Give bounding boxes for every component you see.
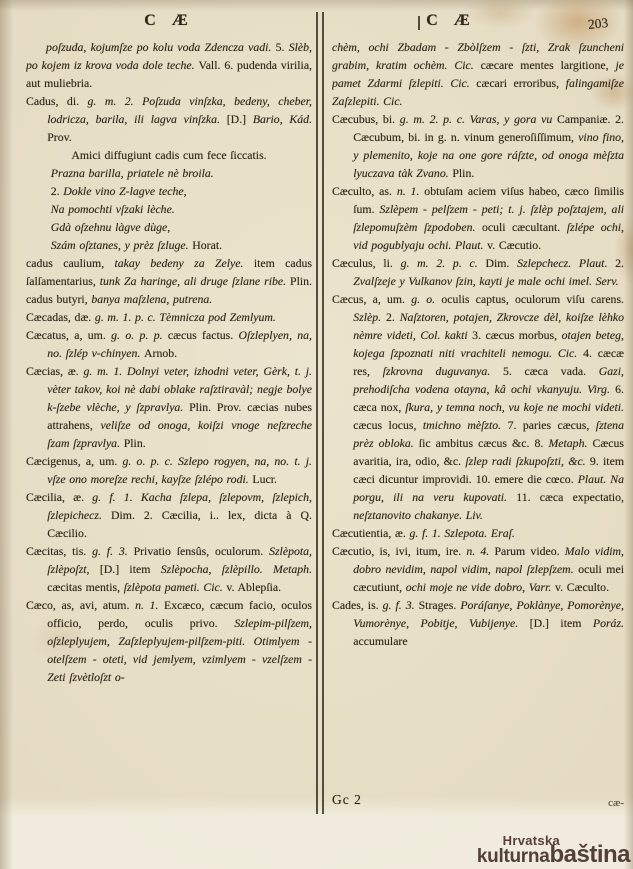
latin-text-roman: 5. bbox=[276, 40, 289, 54]
text-paragraph: Amici diffugiunt cadis cum fece ſiccatis… bbox=[26, 146, 312, 164]
gloss-text-italic: g. o. bbox=[411, 292, 441, 306]
latin-text-roman: 11. cæca expectatio, bbox=[516, 490, 624, 504]
latin-text-roman: Lucr. bbox=[252, 472, 277, 486]
gloss-text-italic: Prazna barilla, priatele nè broila. bbox=[51, 166, 214, 180]
latin-text-roman: Horat. bbox=[192, 238, 222, 252]
dictionary-entry: Cæculus, li. g. m. 2. p. c. Dim. Szlepch… bbox=[332, 254, 624, 290]
gloss-text-italic: g. m. 1. p. c. Tèmnicza pod Zemlyum. bbox=[95, 310, 276, 324]
gloss-text-italic: takay bedeny za Zelye. bbox=[115, 256, 254, 270]
gloss-text-italic: ſkura, y temna noch, vu koje ne mochi vi… bbox=[405, 400, 624, 414]
latin-text-roman: 2. bbox=[386, 310, 400, 324]
gloss-text-italic: tmichno mèſzto. bbox=[423, 418, 508, 432]
gloss-text-italic: ſzlep radi ſzkupoſzti, &c. bbox=[465, 454, 590, 468]
latin-text-roman: cæcare mentes largitione, bbox=[481, 58, 616, 72]
latin-text-roman: Cæcilia, æ. bbox=[26, 490, 92, 504]
text-paragraph: chèm, ochi Zbadam - Zbòlſzem - ſzti, Zra… bbox=[332, 38, 624, 110]
latin-text-roman: Prov. bbox=[47, 130, 71, 144]
gloss-text-italic: g. f. 3. bbox=[92, 544, 133, 558]
latin-text-roman: cæcari erroribus, bbox=[476, 76, 565, 90]
library-watermark: Hrvatska kulturnabaština bbox=[477, 834, 630, 867]
watermark-line2: kulturnabaština bbox=[477, 849, 630, 866]
gloss-text-italic: Poráz. bbox=[593, 616, 624, 630]
dictionary-entry: Cæcilia, æ. g. f. 1. Kacha ſzlepa, ſzlep… bbox=[26, 488, 312, 542]
footer-line: Gc 2 cæ- bbox=[332, 792, 624, 809]
latin-text-roman: Cæcadas, dæ. bbox=[26, 310, 95, 324]
latin-text-roman: 5. cæca vada. bbox=[503, 364, 599, 378]
latin-text-roman: 2. bbox=[615, 256, 624, 270]
latin-text-roman: Amici diffugiunt cadis cum fece ſiccatis… bbox=[71, 148, 266, 162]
dictionary-entry: Cæcigenus, a, um. g. o. p. c. Szlepo rog… bbox=[26, 452, 312, 488]
gathering-signature: Gc 2 bbox=[332, 792, 362, 808]
latin-text-roman: v. Cæculto. bbox=[555, 580, 609, 594]
gloss-text-italic: g. f. 1. Szlepota. Eraſ. bbox=[409, 526, 514, 540]
latin-text-roman: Arnob. bbox=[144, 346, 177, 360]
latin-text-roman: Cades, is. bbox=[332, 598, 383, 612]
gloss-text-italic: poſzuda, kojumſze po kolu voda Zdencza v… bbox=[46, 40, 276, 54]
latin-text-roman: Cæcus, a, um. bbox=[332, 292, 411, 306]
gloss-text-italic: ſzlèpota pameti. Cic. bbox=[124, 580, 227, 594]
latin-text-roman: Cæco, as, avi, atum. bbox=[26, 598, 135, 612]
gloss-text-italic: g. m. 2. p. c. bbox=[401, 256, 486, 270]
watermark-line2-bold: baština bbox=[549, 841, 630, 868]
gloss-text-italic: n. 1. bbox=[397, 184, 424, 198]
latin-text-roman: Plin. bbox=[124, 436, 146, 450]
dictionary-entry: Cæcutientia, æ. g. f. 1. Szlepota. Eraſ. bbox=[332, 524, 624, 542]
dictionary-entry: Cæcubus, bi. g. m. 2. p. c. Varas, y gor… bbox=[332, 110, 624, 182]
catchword: cæ- bbox=[608, 797, 624, 809]
latin-text-roman: v. Cæcutio. bbox=[487, 238, 541, 252]
latin-text-roman: ſic ambitus cæcus &c. 8. bbox=[419, 436, 549, 450]
latin-text-roman: cæcus factus. bbox=[168, 328, 239, 342]
gloss-text-italic: Bario, Kád. bbox=[253, 112, 312, 126]
latin-text-roman: oculi cæcultant. bbox=[482, 220, 567, 234]
gloss-text-italic: banya maſzlena, putrena. bbox=[91, 292, 212, 306]
latin-text-roman: Dim. bbox=[485, 256, 517, 270]
dictionary-entry: Cæcadas, dæ. g. m. 1. p. c. Tèmnicza pod… bbox=[26, 308, 312, 326]
latin-text-roman: 3. cæcus morbus, bbox=[472, 328, 561, 342]
page-number: 203 bbox=[587, 15, 609, 33]
gloss-text-italic: Metaph. bbox=[548, 436, 592, 450]
latin-text-roman: Cæculus, li. bbox=[332, 256, 401, 270]
latin-text-roman: Cæcatus, a, um. bbox=[26, 328, 111, 342]
dictionary-entry: Cæcus, a, um. g. o. oculis captus, oculo… bbox=[332, 290, 624, 524]
latin-text-roman: Plin. bbox=[452, 166, 474, 180]
gloss-text-italic: Gdà oſzehnu làgve dùge, bbox=[51, 220, 170, 234]
gloss-text-italic: g. m. 2. p. c. Varas, y gora vu bbox=[400, 112, 557, 126]
gloss-text-italic: tunk Za haringe, ali druge ſzlane ribe. bbox=[100, 274, 290, 288]
gloss-text-italic: n. 4. bbox=[466, 544, 494, 558]
dictionary-entry: Cæcutio, is, ivi, itum, ire. n. 4. Parum… bbox=[332, 542, 624, 596]
latin-text-roman: Cæcias, æ. bbox=[26, 364, 83, 378]
dictionary-entry: Cæculto, as. n. 1. obtuſam aciem viſus h… bbox=[332, 182, 624, 254]
text-paragraph: cadus caulium, takay bedeny za Zelye. it… bbox=[26, 254, 312, 308]
gloss-text-italic: Dokle vino Z-lagve teche, bbox=[63, 184, 186, 198]
gloss-text-italic: g. f. 3. bbox=[383, 598, 419, 612]
latin-text-roman: Cæcutientia, æ. bbox=[332, 526, 409, 540]
text-paragraph: poſzuda, kojumſze po kolu voda Zdencza v… bbox=[26, 38, 312, 92]
dictionary-entry: Cæcitas, tis. g. f. 3. Privatio ſensûs, … bbox=[26, 542, 312, 596]
gloss-text-italic: Szlèp. bbox=[353, 310, 386, 324]
gloss-text-italic: ochi moje ne vide dobro, Varr. bbox=[406, 580, 555, 594]
latin-text-roman: cæcus locus, bbox=[353, 418, 423, 432]
gloss-text-italic: neſztanovito chakanye. Liv. bbox=[353, 508, 483, 522]
latin-text-roman: Cæculto, as. bbox=[332, 184, 397, 198]
latin-text-roman: v. Ablepſia. bbox=[226, 580, 281, 594]
latin-text-roman: 2. bbox=[51, 184, 64, 198]
latin-text-roman: cæcitas mentis, bbox=[47, 580, 123, 594]
dictionary-entry: Cæcatus, a, um. g. o. p. p. cæcus factus… bbox=[26, 326, 312, 362]
gloss-text-italic: g. o. p. p. bbox=[111, 328, 168, 342]
column-divider-rule bbox=[316, 12, 324, 814]
text-paragraph: Na pomochti vſzaki lèche. bbox=[26, 200, 312, 218]
dictionary-entry: Cæcias, æ. g. m. 1. Dolnyi veter, izhodn… bbox=[26, 362, 312, 452]
text-paragraph: Szám oſztanes, y prèz ſzluge. Horat. bbox=[26, 236, 312, 254]
gloss-text-italic: Szám oſztanes, y prèz ſzluge. bbox=[51, 238, 193, 252]
text-paragraph: Prazna barilla, priatele nè broila. bbox=[26, 164, 312, 182]
column-left: poſzuda, kojumſze po kolu voda Zdencza v… bbox=[26, 38, 312, 808]
latin-text-roman: Cadus, di. bbox=[26, 94, 88, 108]
latin-text-roman: Cæcutio, is, ivi, itum, ire. bbox=[332, 544, 466, 558]
latin-text-roman: accumulare bbox=[353, 634, 407, 648]
latin-text-roman: Strages. bbox=[419, 598, 461, 612]
running-head-left: C Æ bbox=[26, 12, 312, 30]
gloss-text-italic: n. 1. bbox=[135, 598, 164, 612]
latin-text-roman: oculis captus, oculorum viſu carens. bbox=[441, 292, 624, 306]
gloss-text-italic: Na pomochti vſzaki lèche. bbox=[51, 202, 175, 216]
text-paragraph: Gdà oſzehnu làgve dùge, bbox=[26, 218, 312, 236]
dictionary-entry: Cæco, as, avi, atum. n. 1. Excæco, cæcum… bbox=[26, 596, 312, 686]
latin-text-roman: [D.] item bbox=[100, 562, 161, 576]
latin-text-roman: cadus caulium, bbox=[26, 256, 115, 270]
latin-text-roman: 7. paries cæcus, bbox=[508, 418, 596, 432]
latin-text-roman: Parum video. bbox=[494, 544, 564, 558]
latin-text-roman: Cæcigenus, a, um. bbox=[26, 454, 123, 468]
scanned-dictionary-page: C Æ C Æ 203 poſzuda, kojumſze po kolu vo… bbox=[0, 0, 633, 869]
text-paragraph: 2. Dokle vino Z-lagve teche, bbox=[26, 182, 312, 200]
latin-text-roman: Cæcubus, bi. bbox=[332, 112, 400, 126]
gloss-text-italic: ſzkrovna duguvanya. bbox=[383, 364, 503, 378]
dictionary-entry: Cadus, di. g. m. 2. Poſzuda vinſzka, bed… bbox=[26, 92, 312, 146]
column-right: chèm, ochi Zbadam - Zbòlſzem - ſzti, Zra… bbox=[332, 38, 624, 808]
dictionary-entry: Cades, is. g. f. 3. Strages. Poráſanye, … bbox=[332, 596, 624, 650]
gloss-text-italic: Szlepchecz. Plaut. bbox=[517, 256, 615, 270]
gloss-text-italic: Szlèpocha, ſzlèpillo. Metaph. bbox=[161, 562, 312, 576]
gloss-text-italic: Zvalſzeje y Vulkanov ſzin, kayti je male… bbox=[353, 274, 618, 288]
running-head-right: C Æ bbox=[362, 12, 540, 30]
latin-text-roman: [D.] item bbox=[530, 616, 593, 630]
latin-text-roman: Cæcitas, tis. bbox=[26, 544, 92, 558]
latin-text-roman: Privatio ſensûs, oculorum. bbox=[134, 544, 270, 558]
watermark-line2-regular: kulturna bbox=[477, 846, 550, 867]
latin-text-roman: [D.] bbox=[227, 112, 253, 126]
